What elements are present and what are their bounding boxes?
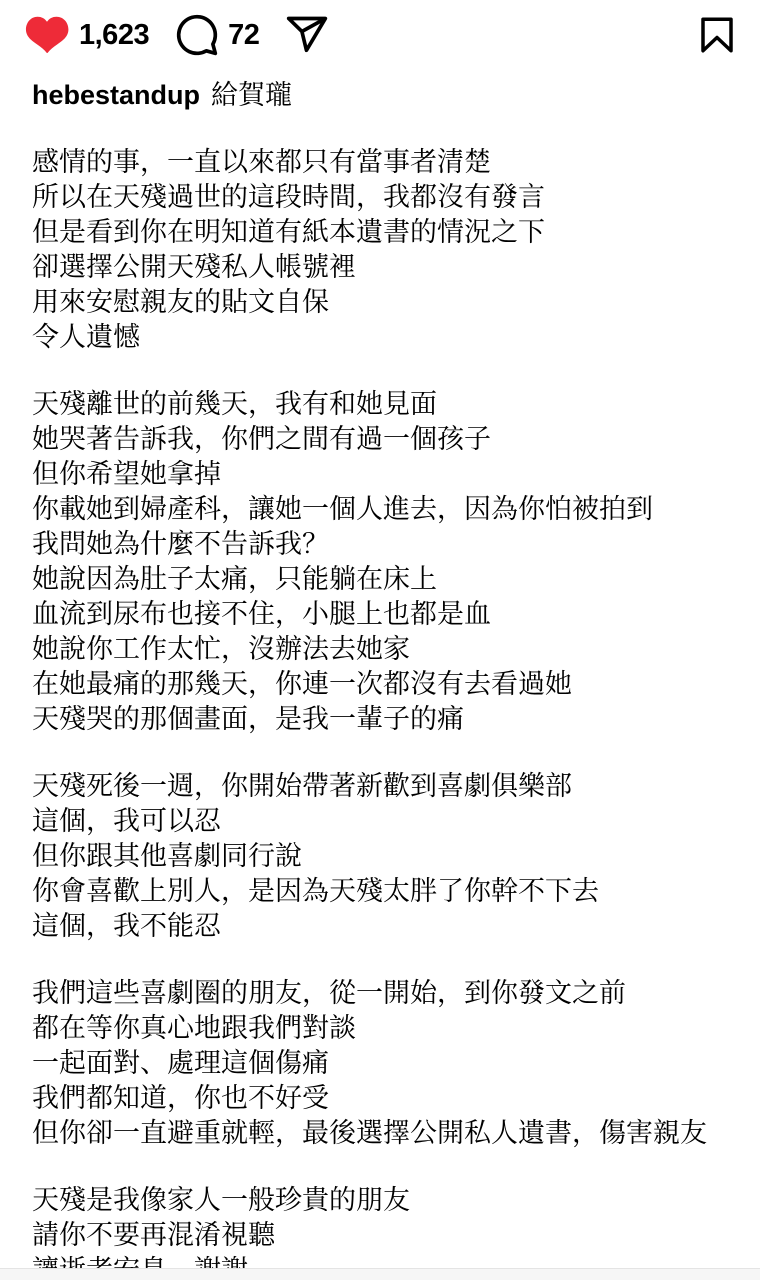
caption-line: 這個，我不能忍 <box>32 909 730 944</box>
caption-line: 我們這些喜劇圈的朋友，從一開始，到你發文之前 <box>32 976 730 1011</box>
caption-line: 但你卻一直避重就輕，最後選擇公開私人遺書，傷害親友 <box>32 1116 730 1151</box>
caption-line: 她哭著告訴我，你們之間有過一個孩子 <box>32 422 730 457</box>
caption-paragraph: 天殘死後一週，你開始帶著新歡到喜劇俱樂部這個，我可以忍但你跟其他喜劇同行說你會喜… <box>32 769 730 944</box>
caption-line: 但是看到你在明知道有紙本遺書的情況之下 <box>32 215 730 250</box>
caption-line: 天殘哭的那個畫面，是我一輩子的痛 <box>32 702 730 737</box>
heart-icon <box>24 14 70 57</box>
caption-line: 我問她為什麼不告訴我？ <box>32 527 730 562</box>
caption-line: 所以在天殘過世的這段時間，我都沒有發言 <box>32 180 730 215</box>
caption-line: 卻選擇公開天殘私人帳號裡 <box>32 250 730 285</box>
caption-line: 用來安慰親友的貼文自保 <box>32 285 730 320</box>
caption-line: 一起面對、處理這個傷痛 <box>32 1046 730 1081</box>
caption-line: 在她最痛的那幾天，你連一次都沒有去看過她 <box>32 667 730 702</box>
caption-line: 我們都知道，你也不好受 <box>32 1081 730 1116</box>
caption-title: 給賀瓏 <box>211 80 292 110</box>
caption-paragraph: 我們這些喜劇圈的朋友，從一開始，到你發文之前都在等你真心地跟我們對談一起面對、處… <box>32 976 730 1151</box>
save-button[interactable] <box>696 12 738 58</box>
username-link[interactable]: hebestandup <box>32 80 200 110</box>
caption-line: 但你希望她拿掉 <box>32 457 730 492</box>
caption-line: 令人遺憾 <box>32 320 730 355</box>
share-button[interactable] <box>285 13 329 57</box>
caption-paragraph: 天殘離世的前幾天，我有和她見面她哭著告訴我，你們之間有過一個孩子但你希望她拿掉你… <box>32 387 730 737</box>
caption-line: 都在等你真心地跟我們對談 <box>32 1011 730 1046</box>
post-action-bar: 1,623 72 <box>0 0 760 60</box>
comment-button[interactable] <box>175 13 219 57</box>
comment-icon <box>175 13 219 57</box>
caption-line: 她說因為肚子太痛，只能躺在床上 <box>32 562 730 597</box>
caption-header: hebestandup給賀瓏 <box>32 78 730 113</box>
caption-line: 天殘死後一週，你開始帶著新歡到喜劇俱樂部 <box>32 769 730 804</box>
caption-line: 你會喜歡上別人，是因為天殘太胖了你幹不下去 <box>32 874 730 909</box>
caption-line: 她說你工作太忙，沒辦法去她家 <box>32 632 730 667</box>
caption-paragraphs: 感情的事，一直以來都只有當事者清楚所以在天殘過世的這段時間，我都沒有發言但是看到… <box>32 145 730 1280</box>
caption-line: 你載她到婦產科，讓她一個人進去，因為你怕被拍到 <box>32 492 730 527</box>
caption-line: 天殘是我像家人一般珍貴的朋友 <box>32 1183 730 1218</box>
like-count[interactable]: 1,623 <box>79 19 149 52</box>
paper-plane-icon <box>285 13 329 57</box>
bottom-divider <box>0 1268 760 1280</box>
caption-paragraph: 感情的事，一直以來都只有當事者清楚所以在天殘過世的這段時間，我都沒有發言但是看到… <box>32 145 730 355</box>
comment-count[interactable]: 72 <box>228 19 259 52</box>
caption-line: 但你跟其他喜劇同行說 <box>32 839 730 874</box>
caption-line: 請你不要再混淆視聽 <box>32 1218 730 1253</box>
bookmark-icon <box>696 12 738 58</box>
caption-line: 這個，我可以忍 <box>32 804 730 839</box>
caption-line: 天殘離世的前幾天，我有和她見面 <box>32 387 730 422</box>
caption-paragraph: 天殘是我像家人一般珍貴的朋友請你不要再混淆視聽讓逝者安息，謝謝 <box>32 1183 730 1280</box>
caption-line: 感情的事，一直以來都只有當事者清楚 <box>32 145 730 180</box>
post-caption: hebestandup給賀瓏 感情的事，一直以來都只有當事者清楚所以在天殘過世的… <box>0 60 760 1280</box>
like-button[interactable] <box>24 14 70 57</box>
caption-line: 血流到尿布也接不住，小腿上也都是血 <box>32 597 730 632</box>
